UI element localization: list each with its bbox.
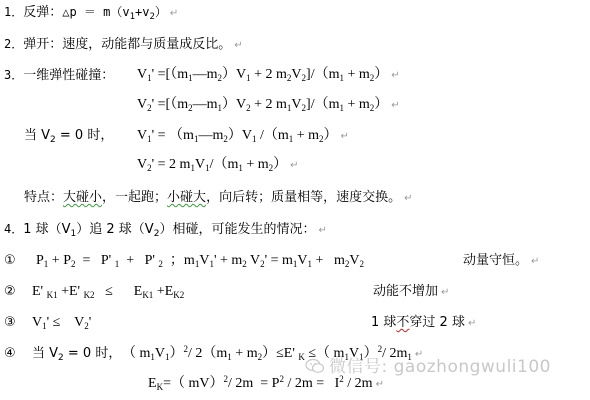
formula-v2-prime-v2-zero: V2' = 2 m1V1/（m1 + m2）↵ bbox=[137, 157, 299, 174]
case-2-mark: ② bbox=[4, 284, 16, 300]
return-mark-icon: ↵ bbox=[318, 225, 326, 236]
watermark: 微信号: gaozhongwuli100 bbox=[305, 352, 551, 377]
return-mark-icon: ↵ bbox=[391, 100, 399, 111]
item-number: 3． bbox=[4, 68, 23, 82]
condition-v2-zero: 当 V2 = 0 时， bbox=[24, 128, 113, 144]
text: 弹开：速度，动能都与质量成反比。 bbox=[23, 37, 231, 52]
line-3-elastic-collision: 3．一维弹性碰撞： bbox=[4, 67, 114, 84]
wechat-icon bbox=[305, 358, 325, 374]
formula-v1-prime-v2-zero: V1' = （m1—m2）V1 /（m1 + m2）↵ bbox=[137, 128, 349, 145]
line-4-chase-collision: 4．1 球（V1）追 2 球（V2）相碰，可能发生的情况：↵ bbox=[4, 221, 327, 239]
features-line: 特点：大碰小，一起跑；小碰大，向后转；质量相等，速度交换。↵ bbox=[24, 190, 412, 207]
case-4-condition: 当 V2 = 0 时， bbox=[32, 346, 121, 362]
formula-v1-prime: V1' =[（m1—m2）V1 + 2 m2V2]/（m1 + m2）↵ bbox=[137, 67, 400, 84]
return-mark-icon: ↵ bbox=[404, 193, 412, 204]
line-2-separation: 2．弹开：速度，动能都与质量成反比。↵ bbox=[4, 36, 243, 54]
formula: △p ＝ m（v1+v2） bbox=[62, 5, 167, 19]
line-1-rebound: 1．反弹：△p ＝ m（v1+v2）↵ bbox=[4, 4, 178, 22]
kinetic-energy-formula: EK=（ mV）2/ 2m = P2 / 2m = I2 / 2m↵ bbox=[148, 376, 384, 393]
case-1-note: 动量守恒。↵ bbox=[463, 253, 539, 270]
case-1-formula: P1 + P2 = P' 1 + P' 2 ；m1V1' + m2 V2' = … bbox=[36, 253, 364, 269]
case-4-mark: ④ bbox=[4, 346, 16, 362]
return-mark-icon: ↵ bbox=[468, 318, 476, 329]
return-mark-icon: ↵ bbox=[234, 40, 242, 51]
return-mark-icon: ↵ bbox=[290, 160, 298, 171]
case-2-note: 动能不增加↵ bbox=[373, 284, 449, 301]
return-mark-icon: ↵ bbox=[170, 8, 178, 19]
label: 反弹： bbox=[23, 5, 62, 20]
label: 一维弹性碰撞： bbox=[23, 68, 114, 83]
return-mark-icon: ↵ bbox=[341, 131, 349, 142]
return-mark-icon: ↵ bbox=[531, 256, 539, 267]
spellcheck-underlined-text: 大碰小 bbox=[63, 190, 102, 205]
case-3-formula: V1' ≤ V2' bbox=[32, 315, 91, 331]
item-number: 1． bbox=[4, 5, 23, 19]
spellcheck-underlined-text: 小碰大 bbox=[167, 190, 206, 205]
return-mark-icon: ↵ bbox=[441, 287, 449, 298]
return-mark-icon: ↵ bbox=[391, 70, 399, 81]
item-number: 2． bbox=[4, 37, 23, 51]
case-2-formula: E' K1 +E' K2 ≤ EK1 +EK2 bbox=[32, 284, 184, 300]
case-1-mark: ① bbox=[4, 253, 16, 269]
return-mark-icon: ↵ bbox=[376, 379, 384, 390]
case-3-mark: ③ bbox=[4, 315, 16, 331]
case-3-note: 1 球不穿过 2 球↵ bbox=[371, 315, 476, 332]
formula-v2-prime: V2' =[（m2—m1）V2 + 2 m1V2]/（m1 + m2）↵ bbox=[137, 97, 400, 114]
spellcheck-underlined-text: 不 bbox=[396, 315, 409, 330]
